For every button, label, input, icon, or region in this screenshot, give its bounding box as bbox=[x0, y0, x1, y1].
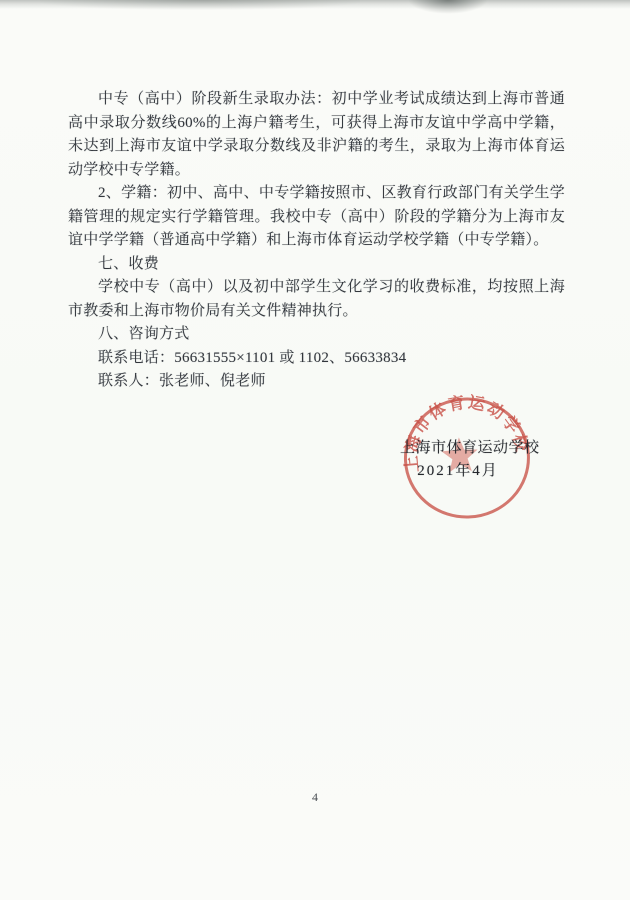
signature-school-name: 上海市体育运动学校 bbox=[400, 436, 542, 457]
scanned-document-page: 中专（高中）阶段新生录取办法：初中学业考试成绩达到上海市普通高中录取分数线60%… bbox=[0, 0, 630, 900]
contact-phone-line: 联系电话：56631555×1101 或 1102、56633834 bbox=[68, 347, 565, 371]
page-number: 4 bbox=[0, 790, 630, 805]
paragraph-admission-method: 中专（高中）阶段新生录取办法：初中学业考试成绩达到上海市普通高中录取分数线60%… bbox=[68, 88, 565, 182]
signature-date: 2021年4月 bbox=[393, 459, 523, 480]
section-heading-fees: 七、收费 bbox=[68, 253, 565, 277]
paragraph-fees: 学校中专（高中）以及初中部学生文化学习的收费标准，均按照上海市教委和上海市物价局… bbox=[68, 276, 565, 323]
section-heading-consultation: 八、咨询方式 bbox=[68, 323, 565, 347]
document-body: 中专（高中）阶段新生录取办法：初中学业考试成绩达到上海市普通高中录取分数线60%… bbox=[68, 88, 565, 394]
paragraph-student-status: 2、学籍：初中、高中、中专学籍按照市、区教育行政部门有关学生学籍管理的规定实行学… bbox=[68, 182, 565, 253]
scan-artifact-smudge-center bbox=[408, 0, 488, 14]
scan-artifact-smudge-left bbox=[40, 0, 360, 10]
contact-person-line: 联系人：张老师、倪老师 bbox=[68, 370, 565, 394]
